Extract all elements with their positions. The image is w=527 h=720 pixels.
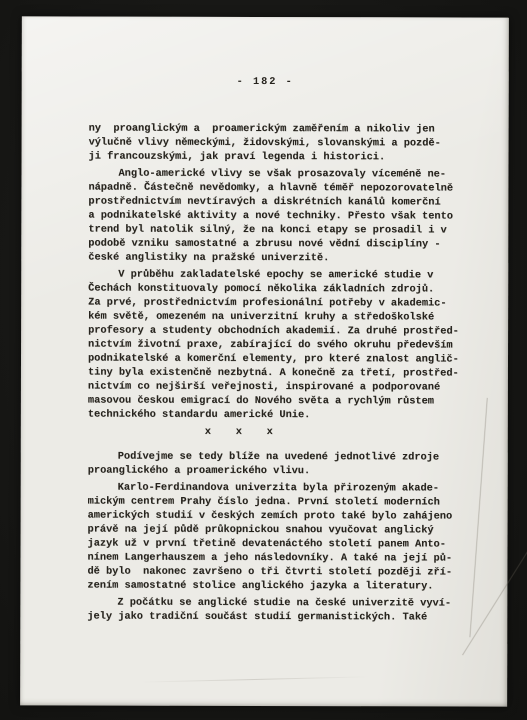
text-line: nápadně. Částečně nevědomky, a hlavně té… bbox=[88, 181, 466, 196]
text-line: trend byl natolik silný, že na konci eta… bbox=[88, 223, 466, 238]
text-line: tiny byla existenčně nezbytná. A konečně… bbox=[88, 366, 466, 381]
section-separator: x x x bbox=[88, 425, 466, 440]
text-line: prostřednictvím nevtíravých a diskrétníc… bbox=[88, 195, 466, 210]
text-line: mickým centrem Prahy číslo jedna. První … bbox=[88, 495, 466, 510]
text-line: dě bylo nakonec završeno o tři čtvrti st… bbox=[87, 565, 465, 580]
text-line: V průběhu zakladatelské epochy se americ… bbox=[88, 268, 466, 283]
text-line: nictvím co nejširší veřejnosti, inspirov… bbox=[88, 380, 466, 395]
text-line: Podívejme se tedy blíže na uvedené jedno… bbox=[88, 450, 466, 465]
document-page: - 182 - ny proanglickým a proamerickým z… bbox=[20, 16, 509, 706]
text-line: zením samostatné stolice anglického jazy… bbox=[87, 579, 465, 594]
paragraph: Anglo-americké vlivy se však prosazovaly… bbox=[88, 167, 466, 266]
paragraph: ny proanglickým a proamerickým zaměřením… bbox=[89, 122, 467, 165]
text-line: proanglického a proamerického vlivu. bbox=[88, 464, 466, 479]
text-line: české anglistiky na pražské univerzitě. bbox=[88, 251, 466, 266]
paragraph: Karlo-Ferdinandova univerzita byla přiro… bbox=[87, 481, 465, 594]
text-line: masovou českou emigrací do Nového světa … bbox=[88, 394, 466, 409]
text-line: ny proanglickým a proamerickým zaměřením… bbox=[89, 122, 467, 137]
text-line: Anglo-americké vlivy se však prosazovaly… bbox=[88, 167, 466, 182]
text-line: podnikatelské a komerční elementy, pro k… bbox=[88, 352, 466, 367]
paragraph: V průběhu zakladatelské epochy se americ… bbox=[88, 268, 466, 423]
text-line: technického standardu americké Unie. bbox=[88, 408, 466, 423]
text-line: výlučně vlivy německými, židovskými, slo… bbox=[89, 136, 467, 151]
paper-crease bbox=[140, 676, 370, 682]
paragraph: Podívejme se tedy blíže na uvedené jedno… bbox=[88, 450, 466, 479]
paragraph: Z počátku se anglické studie na české un… bbox=[87, 596, 465, 625]
text-line: podobě vzniku samostatné a zbrusu nové v… bbox=[88, 237, 466, 252]
text-line: Karlo-Ferdinandova univerzita byla přiro… bbox=[88, 481, 466, 496]
text-line: kém světě, omezeném na univerzitní kruhy… bbox=[88, 310, 466, 325]
text-line: Z počátku se anglické studie na české un… bbox=[87, 596, 465, 611]
text-line: amerických studií v českých zemích proto… bbox=[88, 509, 466, 524]
page-number: - 182 - bbox=[22, 74, 509, 89]
text-line: a podnikatelské aktivity a nové techniky… bbox=[88, 209, 466, 224]
text-line: nictvím životní praxe, zabírající do své… bbox=[88, 338, 466, 353]
text-line: Čechách konstituovaly pomocí několika zá… bbox=[88, 282, 466, 297]
text-line: nínem Langerhauszem a jeho následovníky.… bbox=[87, 551, 465, 566]
text-line: jazyk už v první třetině devatenáctého s… bbox=[88, 537, 466, 552]
text-line: Za prvé, prostřednictvím profesionální p… bbox=[88, 296, 466, 311]
page-body: ny proanglickým a proamerickým zaměřením… bbox=[20, 121, 508, 624]
text-line: právě na její půdě průkopnickou snahou v… bbox=[88, 523, 466, 538]
scan-background: - 182 - ny proanglickým a proamerickým z… bbox=[0, 0, 527, 720]
text-line: jely jako tradiční součást studií german… bbox=[87, 610, 465, 625]
text-line: profesory a studenty obchodních akademií… bbox=[88, 324, 466, 339]
text-line: ji francouzskými, jak praví legenda i hi… bbox=[89, 150, 467, 165]
